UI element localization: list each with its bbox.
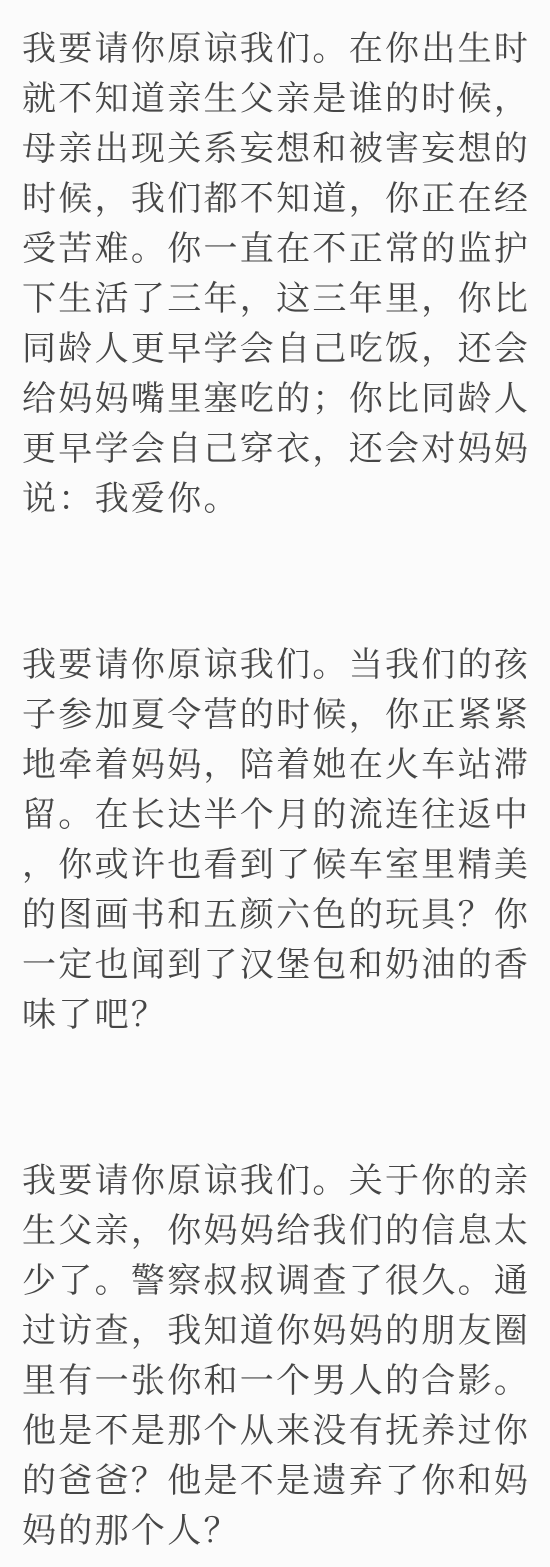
text-line: 说：我爱你。 <box>22 474 532 524</box>
letter-page: 我要请你原谅我们。在你出生时就不知道亲生父亲是谁的时候，母亲出现关系妄想和被害妄… <box>0 0 550 1567</box>
text-line: 时候，我们都不知道，你正在经 <box>22 174 532 224</box>
text-line: 受苦难。你一直在不正常的监护 <box>22 224 532 274</box>
letter-paragraph: 我要请你原谅我们。在你出生时就不知道亲生父亲是谁的时候，母亲出现关系妄想和被害妄… <box>22 24 532 524</box>
text-line: ，你或许也看到了候车室里精美 <box>22 840 532 890</box>
text-line: 地牵着妈妈，陪着她在火车站滞 <box>22 740 532 790</box>
letter-paragraphs: 我要请你原谅我们。在你出生时就不知道亲生父亲是谁的时候，母亲出现关系妄想和被害妄… <box>22 24 532 1556</box>
text-line: 就不知道亲生父亲是谁的时候， <box>22 74 532 124</box>
text-line: 生父亲，你妈妈给我们的信息太 <box>22 1206 532 1256</box>
text-line: 味了吧？ <box>22 990 532 1040</box>
text-line: 他是不是那个从来没有抚养过你 <box>22 1406 532 1456</box>
text-line: 我要请你原谅我们。当我们的孩 <box>22 640 532 690</box>
text-line: 一定也闻到了汉堡包和奶油的香 <box>22 940 532 990</box>
text-line: 更早学会自己穿衣，还会对妈妈 <box>22 424 532 474</box>
text-line: 子参加夏令营的时候，你正紧紧 <box>22 690 532 740</box>
text-line: 过访查，我知道你妈妈的朋友圈 <box>22 1306 532 1356</box>
text-line: 的图画书和五颜六色的玩具？你 <box>22 890 532 940</box>
text-line: 留。在长达半个月的流连往返中 <box>22 790 532 840</box>
text-line: 给妈妈嘴里塞吃的；你比同龄人 <box>22 374 532 424</box>
text-line: 我要请你原谅我们。关于你的亲 <box>22 1156 532 1206</box>
text-line: 里有一张你和一个男人的合影。 <box>22 1356 532 1406</box>
letter-paragraph: 我要请你原谅我们。当我们的孩子参加夏令营的时候，你正紧紧地牵着妈妈，陪着她在火车… <box>22 640 532 1040</box>
text-line: 少了。警察叔叔调查了很久。通 <box>22 1256 532 1306</box>
letter-paragraph: 我要请你原谅我们。关于你的亲生父亲，你妈妈给我们的信息太少了。警察叔叔调查了很久… <box>22 1156 532 1556</box>
text-line: 妈的那个人？ <box>22 1506 532 1556</box>
text-line: 同龄人更早学会自己吃饭，还会 <box>22 324 532 374</box>
text-line: 母亲出现关系妄想和被害妄想的 <box>22 124 532 174</box>
text-line: 的爸爸？他是不是遗弃了你和妈 <box>22 1456 532 1506</box>
text-line: 我要请你原谅我们。在你出生时 <box>22 24 532 74</box>
text-line: 下生活了三年，这三年里，你比 <box>22 274 532 324</box>
